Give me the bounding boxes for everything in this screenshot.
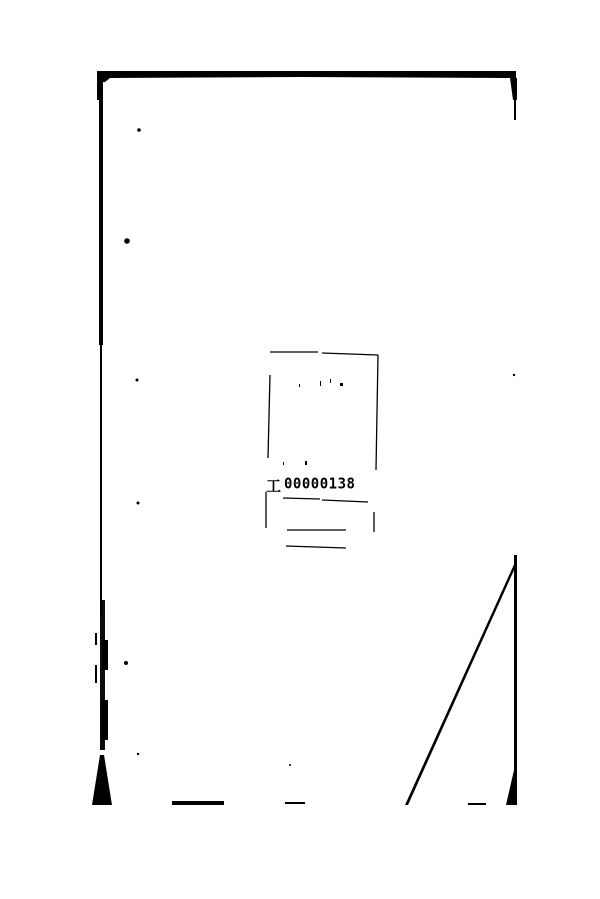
page-top-border <box>97 71 517 100</box>
page-left-spine <box>92 95 112 805</box>
label-faint-header <box>283 379 343 465</box>
catalog-prefix: 工 <box>266 475 281 496</box>
catalog-number: 00000138 <box>284 475 355 493</box>
page-bottom-edge <box>172 801 486 805</box>
page-right-edge <box>506 100 517 805</box>
scanned-page <box>0 0 600 899</box>
scan-specks <box>124 128 515 766</box>
diagonal-fold-line <box>405 560 516 805</box>
catalog-label <box>266 352 378 548</box>
